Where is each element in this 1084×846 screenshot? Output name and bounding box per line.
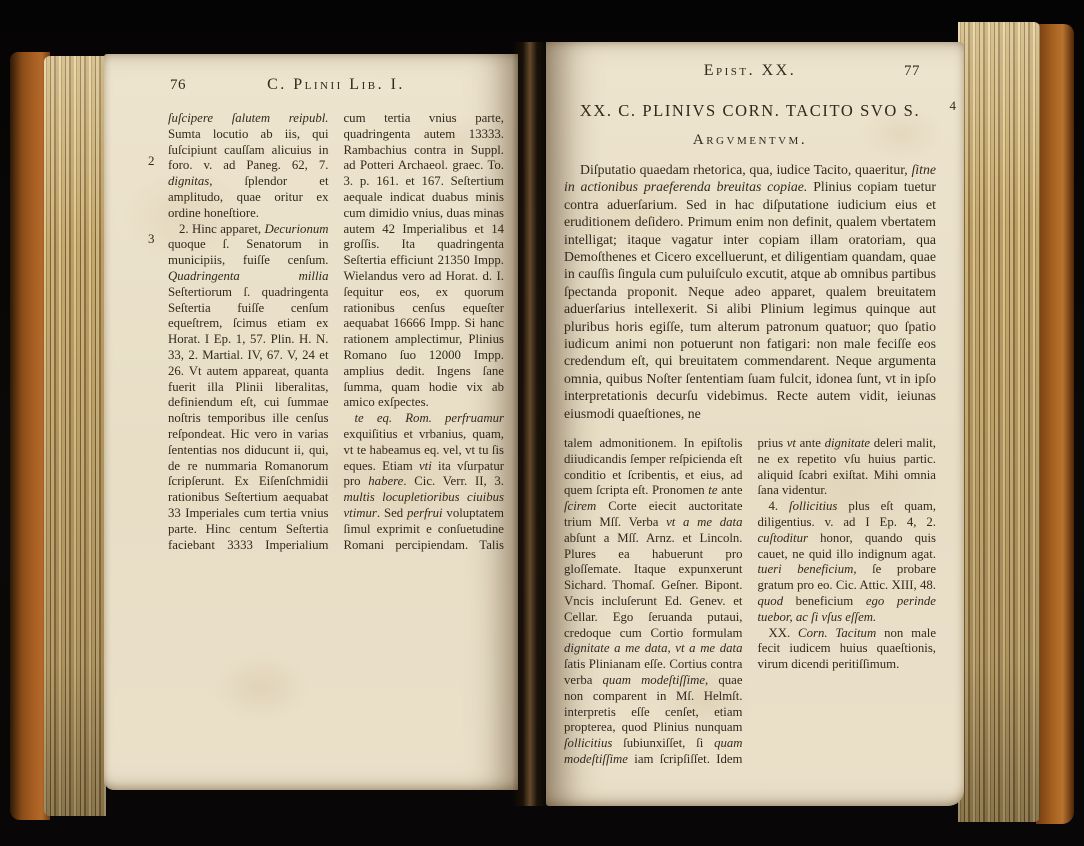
- left-page-content: 76 C. Plinii Lib. I. 2 3 ſuſcipere ſalut…: [104, 54, 518, 790]
- page-number-right: 77: [904, 63, 920, 80]
- argument-heading: Argvmentvm.: [564, 132, 936, 149]
- letter-heading: XX. C. PLINIVS CORN. TACITO SVO S.: [564, 101, 936, 121]
- argument-paragraph: Diſputatio quaedam rhetorica, qua, iudic…: [564, 161, 936, 422]
- book-photo: 76 C. Plinii Lib. I. 2 3 ſuſcipere ſalut…: [0, 0, 1084, 846]
- right-page-header: Epist. XX. 77: [564, 62, 936, 84]
- page-fore-edge-right: [958, 22, 1040, 822]
- margin-section-number-3: 3: [148, 229, 155, 249]
- running-title-right: Epist. XX.: [564, 62, 936, 80]
- running-title-left: C. Plinii Lib. I.: [168, 76, 504, 94]
- left-page: 76 C. Plinii Lib. I. 2 3 ſuſcipere ſalut…: [104, 54, 518, 790]
- note-paragraph: ſuſcipere ſalutem reipubl. Sumta locutio…: [168, 111, 329, 222]
- book-cover-right: [1036, 24, 1074, 824]
- margin-section-number-2: 2: [148, 151, 155, 171]
- margin-section-number-4: 4: [950, 96, 957, 116]
- note-paragraph: 4. ſollicitius plus eſt quam, diligentiu…: [758, 499, 937, 625]
- right-page: Epist. XX. 77 4 XX. C. PLINIVS CORN. TAC…: [546, 42, 964, 806]
- right-page-commentary-notes: talem admonitionem. In epiſtolis diiudic…: [564, 436, 936, 774]
- left-page-header: 76 C. Plinii Lib. I.: [168, 76, 504, 98]
- right-page-content: Epist. XX. 77 4 XX. C. PLINIVS CORN. TAC…: [546, 42, 964, 806]
- note-paragraph: XX. Corn. Tacitum non male fecit iudicem…: [758, 626, 937, 673]
- page-fore-edge-left: [44, 56, 106, 816]
- book-gutter: [512, 42, 548, 806]
- left-page-commentary-notes: ſuſcipere ſalutem reipubl. Sumta locutio…: [168, 111, 504, 559]
